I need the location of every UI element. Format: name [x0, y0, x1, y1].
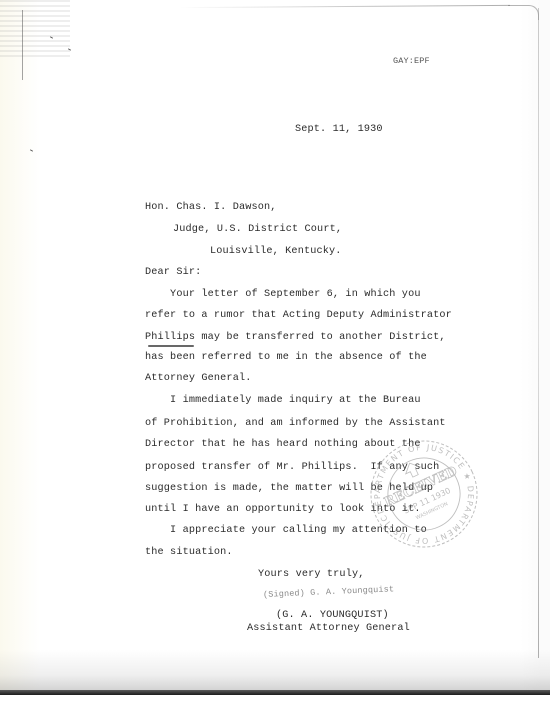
addressee-title: Judge, U.S. District Court, — [173, 224, 342, 236]
signatory-name: (G. A. YOUNGQUIST) — [276, 610, 389, 622]
addressee-location: Louisville, Kentucky. — [210, 246, 342, 258]
signatory-title: Assistant Attorney General — [247, 623, 410, 635]
body-line: Attorney General. — [145, 373, 251, 385]
scan-edge-right — [538, 8, 539, 658]
received-stamp-icon: DEPARTMENT OF JUSTICE ★ DEPARTMENT OF JU… — [368, 438, 480, 550]
body-line: Phillips may be transferred to another D… — [145, 332, 446, 344]
body-line: Your letter of September 6, in which you — [145, 289, 421, 301]
scan-smudge — [0, 0, 70, 60]
letter-date: Sept. 11, 1930 — [295, 124, 383, 136]
body-line: I immediately made inquiry at the Bureau — [145, 395, 421, 407]
salutation: Dear Sir: — [145, 267, 201, 279]
body-line: has been referred to me in the absence o… — [145, 352, 427, 364]
scan-edge-top — [180, 5, 510, 8]
scan-shadow-bottom — [0, 650, 550, 692]
addressee-name: Hon. Chas. I. Dawson, — [145, 202, 277, 214]
scan-margin-bottom — [0, 695, 550, 704]
body-line: of Prohibition, and am informed by the A… — [145, 418, 446, 430]
scan-page-corner — [508, 5, 539, 20]
signed-notation: (Signed) G. A. Youngquist — [263, 583, 395, 601]
body-line: refer to a rumor that Acting Deputy Admi… — [145, 310, 452, 322]
svg-text:DEPARTMENT OF JUSTICE ★ DEPART: DEPARTMENT OF JUSTICE ★ DEPARTMENT OF JU… — [368, 438, 480, 550]
reference-initials: GAY:EPF — [393, 55, 430, 67]
scan-edge-left — [22, 10, 23, 80]
scan-speck — [30, 149, 33, 151]
complimentary-closing: Yours very truly, — [258, 569, 364, 581]
document-page: GAY:EPF Sept. 11, 1930 Hon. Chas. I. Daw… — [0, 0, 550, 704]
body-line: the situation. — [145, 547, 233, 559]
handwritten-underline — [148, 345, 194, 347]
